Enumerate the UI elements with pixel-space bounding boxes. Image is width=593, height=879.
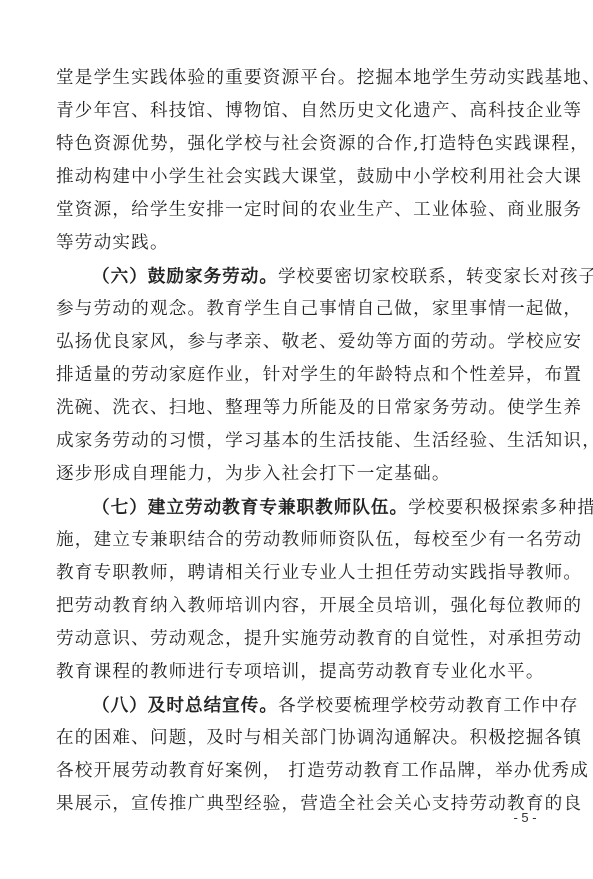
- text-line: 把劳动教育纳入教师培训内容，开展全员培训，强化每位教师的: [56, 590, 540, 623]
- text-line: 特色资源优势，强化学校与社会资源的合作,打造特色实践课程，: [56, 128, 540, 161]
- section-first-line: （八）及时总结宣传。各学校要梳理学校劳动教育工作中存: [56, 689, 540, 722]
- text-line: 教育专职教师，聘请相关行业专业人士担任劳动实践指导教师。: [56, 557, 540, 590]
- section-household-labor: （六）鼓励家务劳动。学校要密切家校联系，转变家长对孩子 参与劳动的观念。教育学生…: [56, 260, 540, 491]
- text-line: 各校开展劳动教育好案例， 打造劳动教育工作品牌，举办优秀成: [56, 755, 540, 788]
- text-line: 教育课程的教师进行专项培训，提高劳动教育专业化水平。: [56, 656, 540, 689]
- text-line: 成家务劳动的习惯，学习基本的生活技能、生活经验、生活知识，: [56, 425, 540, 458]
- section-teacher-team: （七）建立劳动教育专兼职教师队伍。学校要积极探索多种措 施，建立专兼职结合的劳动…: [56, 491, 540, 689]
- text-line: 弘扬优良家风，参与孝亲、敬老、爱幼等方面的劳动。学校应安: [56, 326, 540, 359]
- section-publicity: （八）及时总结宣传。各学校要梳理学校劳动教育工作中存 在的困难、问题，及时与相关…: [56, 689, 540, 821]
- section-text: 学校要积极探索多种措: [408, 498, 593, 518]
- paragraph-continuation: 堂是学生实践体验的重要资源平台。挖掘本地学生劳动实践基地、 青少年宫、科技馆、博…: [56, 62, 540, 260]
- document-body: 堂是学生实践体验的重要资源平台。挖掘本地学生劳动实践基地、 青少年宫、科技馆、博…: [56, 62, 540, 821]
- page-number: - 5 -: [500, 810, 550, 825]
- section-first-line: （七）建立劳动教育专兼职教师队伍。学校要积极探索多种措: [56, 491, 540, 524]
- text-line: 排适量的劳动家庭作业，针对学生的年龄特点和个性差异，布置: [56, 359, 540, 392]
- text-line: 推动构建中小学生社会实践大课堂，鼓励中小学校利用社会大课: [56, 161, 540, 194]
- text-line: 洗碗、洗衣、扫地、整理等力所能及的日常家务劳动。使学生养: [56, 392, 540, 425]
- text-line: 施，建立专兼职结合的劳动教师师资队伍，每校至少有一名劳动: [56, 524, 540, 557]
- document-page: 堂是学生实践体验的重要资源平台。挖掘本地学生劳动实践基地、 青少年宫、科技馆、博…: [0, 0, 593, 879]
- section-heading: （八）及时总结宣传。: [92, 695, 278, 716]
- text-line: 逐步形成自理能力，为步入社会打下一定基础。: [56, 458, 540, 491]
- text-line: 参与劳动的观念。教育学生自己事情自己做，家里事情一起做，: [56, 293, 540, 326]
- text-line: 在的困难、问题，及时与相关部门协调沟通解决。积极挖掘各镇: [56, 722, 540, 755]
- section-heading: （六）鼓励家务劳动。: [92, 266, 278, 287]
- text-line: 等劳动实践。: [56, 227, 540, 260]
- text-line: 劳动意识、劳动观念，提升实施劳动教育的自觉性，对承担劳动: [56, 623, 540, 656]
- section-heading: （七）建立劳动教育专兼职教师队伍。: [92, 497, 408, 518]
- text-line: 堂是学生实践体验的重要资源平台。挖掘本地学生劳动实践基地、: [56, 62, 540, 95]
- section-text: 学校要密切家校联系，转变家长对孩子: [278, 267, 593, 287]
- text-line: 果展示，宣传推广典型经验，营造全社会关心支持劳动教育的良: [56, 788, 540, 821]
- text-line: 堂资源，给学生安排一定时间的农业生产、工业体验、商业服务: [56, 194, 540, 227]
- section-text: 各学校要梳理学校劳动教育工作中存: [278, 696, 579, 716]
- text-line: 青少年宫、科技馆、博物馆、自然历史文化遗产、高科技企业等: [56, 95, 540, 128]
- section-first-line: （六）鼓励家务劳动。学校要密切家校联系，转变家长对孩子: [56, 260, 540, 293]
